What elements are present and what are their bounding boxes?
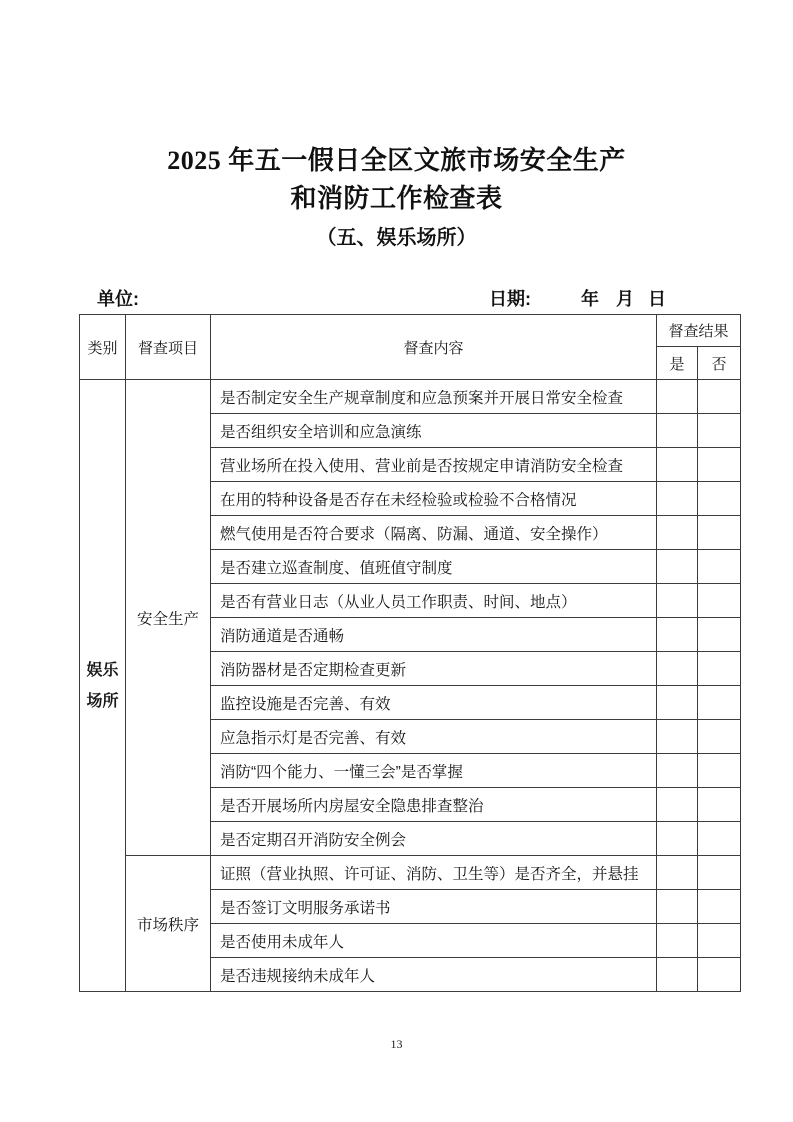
result-cell-yes[interactable] — [657, 890, 698, 924]
result-cell-yes[interactable] — [657, 856, 698, 890]
col-header-item: 督查项目 — [126, 315, 211, 380]
result-cell-yes[interactable] — [657, 652, 698, 686]
document-page: 2025 年五一假日全区文旅市场安全生产 和消防工作检查表 （五、娱乐场所） 单… — [0, 0, 793, 1122]
result-cell-no[interactable] — [698, 516, 741, 550]
content-cell: 应急指示灯是否完善、有效 — [211, 720, 657, 754]
table-row: 娱乐 场所 安全生产 是否制定安全生产规章制度和应急预案并开展日常安全检查 — [80, 380, 741, 414]
result-cell-no[interactable] — [698, 584, 741, 618]
col-header-yes: 是 — [657, 347, 698, 380]
category-line-1: 娱乐 — [80, 655, 125, 686]
result-cell-no[interactable] — [698, 482, 741, 516]
date-year-label: 年 — [581, 289, 599, 309]
result-cell-no[interactable] — [698, 380, 741, 414]
date-day-label: 日 — [648, 289, 666, 309]
date-field: 日期:年月日 — [489, 285, 666, 311]
title-line-1: 2025 年五一假日全区文旅市场安全生产 — [0, 142, 793, 180]
result-cell-no[interactable] — [698, 550, 741, 584]
col-header-no: 否 — [698, 347, 741, 380]
result-cell-yes[interactable] — [657, 686, 698, 720]
table-row: 市场秩序 证照（营业执照、许可证、消防、卫生等）是否齐全，并悬挂 — [80, 856, 741, 890]
result-cell-yes[interactable] — [657, 720, 698, 754]
document-subtitle: （五、娱乐场所） — [0, 227, 793, 249]
content-cell: 是否定期召开消防安全例会 — [211, 822, 657, 856]
content-cell: 消防通道是否通畅 — [211, 618, 657, 652]
result-cell-no[interactable] — [698, 618, 741, 652]
document-title: 2025 年五一假日全区文旅市场安全生产 和消防工作检查表 — [0, 0, 793, 218]
content-cell: 消防器材是否定期检查更新 — [211, 652, 657, 686]
date-month-label: 月 — [616, 289, 634, 309]
result-cell-yes[interactable] — [657, 380, 698, 414]
col-header-content: 督查内容 — [211, 315, 657, 380]
result-cell-yes[interactable] — [657, 414, 698, 448]
content-cell: 监控设施是否完善、有效 — [211, 686, 657, 720]
result-cell-no[interactable] — [698, 924, 741, 958]
result-cell-no[interactable] — [698, 856, 741, 890]
result-cell-yes[interactable] — [657, 550, 698, 584]
result-cell-yes[interactable] — [657, 822, 698, 856]
content-cell: 是否违规接纳未成年人 — [211, 958, 657, 992]
category-line-2: 场所 — [80, 686, 125, 717]
result-cell-yes[interactable] — [657, 482, 698, 516]
result-cell-no[interactable] — [698, 822, 741, 856]
page-number: 13 — [0, 1037, 793, 1052]
result-cell-no[interactable] — [698, 754, 741, 788]
result-cell-yes[interactable] — [657, 754, 698, 788]
result-cell-no[interactable] — [698, 788, 741, 822]
content-cell: 是否使用未成年人 — [211, 924, 657, 958]
result-cell-no[interactable] — [698, 652, 741, 686]
group-cell-safety: 安全生产 — [126, 380, 211, 856]
content-cell: 是否开展场所内房屋安全隐患排查整治 — [211, 788, 657, 822]
result-cell-yes[interactable] — [657, 788, 698, 822]
content-cell: 是否制定安全生产规章制度和应急预案并开展日常安全检查 — [211, 380, 657, 414]
date-label: 日期: — [489, 289, 531, 309]
result-cell-yes[interactable] — [657, 618, 698, 652]
result-cell-no[interactable] — [698, 958, 741, 992]
unit-label: 单位: — [97, 285, 139, 311]
form-info-row: 单位: 日期:年月日 — [79, 285, 740, 314]
result-cell-no[interactable] — [698, 414, 741, 448]
result-cell-no[interactable] — [698, 720, 741, 754]
result-cell-no[interactable] — [698, 448, 741, 482]
inspection-table: 类别 督查项目 督查内容 督查结果 是 否 娱乐 场所 安全生产 是否制定安全生… — [79, 314, 741, 992]
content-cell: 是否有营业日志（从业人员工作职责、时间、地点） — [211, 584, 657, 618]
content-cell: 在用的特种设备是否存在未经检验或检验不合格情况 — [211, 482, 657, 516]
content-cell: 燃气使用是否符合要求（隔离、防漏、通道、安全操作） — [211, 516, 657, 550]
group-cell-market: 市场秩序 — [126, 856, 211, 992]
content-cell: 是否签订文明服务承诺书 — [211, 890, 657, 924]
content-cell: 证照（营业执照、许可证、消防、卫生等）是否齐全，并悬挂 — [211, 856, 657, 890]
content-cell: 消防“四个能力、一懂三会”是否掌握 — [211, 754, 657, 788]
result-cell-no[interactable] — [698, 890, 741, 924]
result-cell-yes[interactable] — [657, 448, 698, 482]
result-cell-yes[interactable] — [657, 924, 698, 958]
result-cell-yes[interactable] — [657, 958, 698, 992]
col-header-result: 督查结果 — [657, 315, 741, 347]
header-row: 类别 督查项目 督查内容 督查结果 — [80, 315, 741, 347]
category-cell: 娱乐 场所 — [80, 380, 126, 992]
title-line-2: 和消防工作检查表 — [0, 180, 793, 218]
result-cell-yes[interactable] — [657, 516, 698, 550]
content-cell: 营业场所在投入使用、营业前是否按规定申请消防安全检查 — [211, 448, 657, 482]
content-cell: 是否组织安全培训和应急演练 — [211, 414, 657, 448]
col-header-category: 类别 — [80, 315, 126, 380]
content-cell: 是否建立巡查制度、值班值守制度 — [211, 550, 657, 584]
result-cell-yes[interactable] — [657, 584, 698, 618]
result-cell-no[interactable] — [698, 686, 741, 720]
